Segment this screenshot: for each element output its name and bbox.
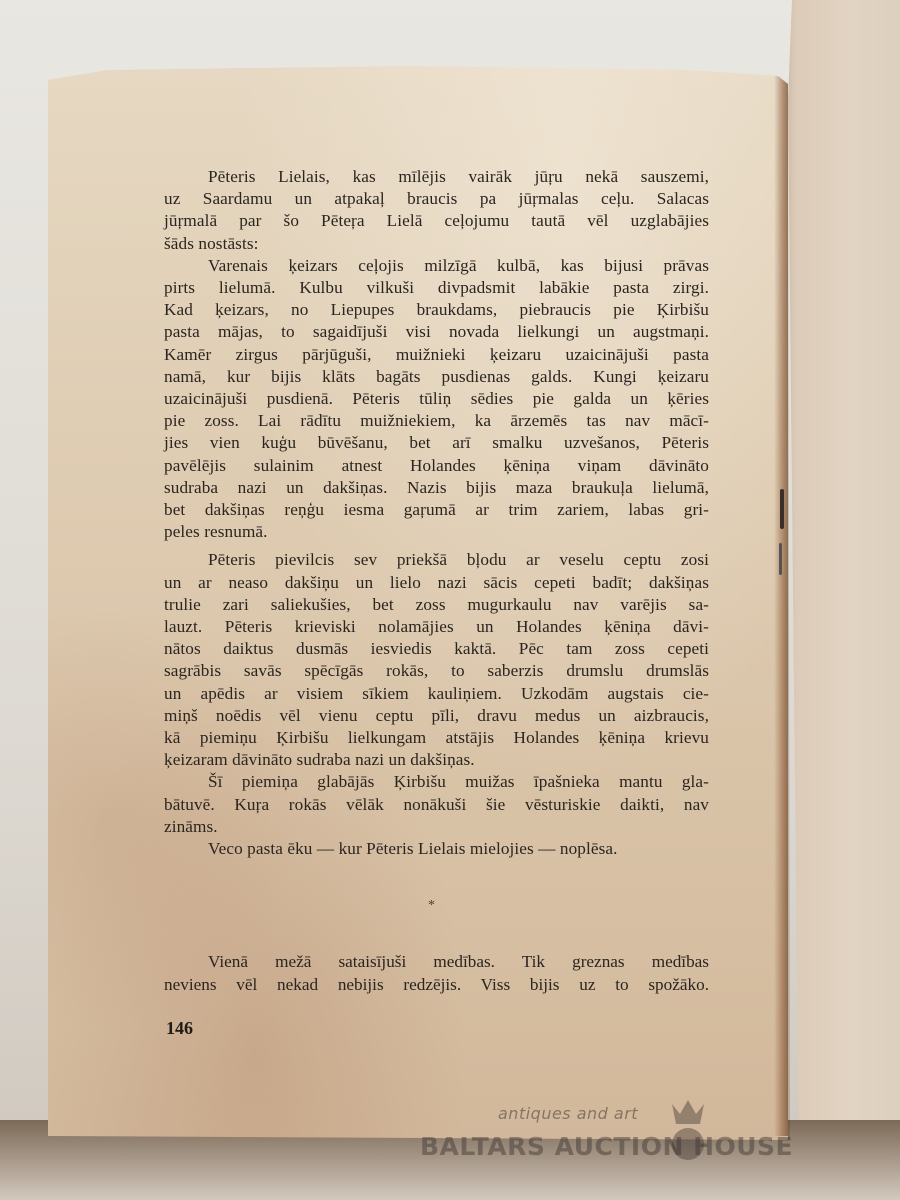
text-line: Šī piemiņa glabājās Ķirbišu muižas īpašn… bbox=[164, 771, 709, 793]
page-number: 146 bbox=[166, 1018, 193, 1039]
text-line: jūŗmalā par šo Pēteŗa Lielā ceļojumu tau… bbox=[164, 210, 709, 232]
paragraph: Pēteris Lielais, kas mīlējis vairāk jūŗu… bbox=[164, 166, 709, 255]
text-line: miņš noēdis vēl vienu ceptu pīli, dravu … bbox=[164, 705, 709, 727]
text-line: Varenais ķeizars ceļojis milzīgā kulbā, … bbox=[164, 255, 709, 277]
text-line: ķeizaram dāvināto sudraba nazi un dakšiņ… bbox=[164, 749, 709, 771]
section-separator: * bbox=[428, 898, 435, 914]
text-line: un apēdis ar visiem sīkiem kauliņiem. Uz… bbox=[164, 683, 709, 705]
text-line: pirts lielumā. Kulbu vilkuši divpadsmit … bbox=[164, 277, 709, 299]
text-line: uz Saardamu un atpakaļ braucis pa jūŗmal… bbox=[164, 188, 709, 210]
text-line: un ar neaso dakšiņu un lielo nazi sācis … bbox=[164, 572, 709, 594]
text-line: jies vien kuģu būvēšanu, bet arī smalku … bbox=[164, 432, 709, 454]
text-line: pavēlējis sulainim atnest Holandes ķēniņ… bbox=[164, 455, 709, 477]
text-line: bātuvē. Kuŗa rokās vēlāk nonākuši šie vē… bbox=[164, 794, 709, 816]
text-line: bet dakšiņas reņģu iesma gaŗumā ar trim … bbox=[164, 499, 709, 521]
text-line: šāds nostāsts: bbox=[164, 233, 709, 255]
binding-mark bbox=[780, 489, 784, 529]
text-line: kā piemiņu Ķirbišu lielkungam atstājis H… bbox=[164, 727, 709, 749]
text-line: trulie zari saliekušies, bet zoss mugurk… bbox=[164, 594, 709, 616]
text-line: peles resnumā. bbox=[164, 521, 709, 543]
text-line: nātos daiktus dusmās iesviedis kaktā. Pē… bbox=[164, 638, 709, 660]
text-line: namā, kur bijis klāts bagāts pusdienas g… bbox=[164, 366, 709, 388]
paragraph: Šī piemiņa glabājās Ķirbišu muižas īpašn… bbox=[164, 771, 709, 838]
paragraph: Vienā mežā sataisījuši medības. Tik grez… bbox=[164, 950, 709, 996]
text-line: zināms. bbox=[164, 816, 709, 838]
text-line: neviens vēl nekad nebijis redzējis. Viss… bbox=[164, 973, 709, 996]
text-line: sudraba nazi un dakšiņas. Nazis bijis ma… bbox=[164, 477, 709, 499]
paragraph: Veco pasta ēku — kur Pēteris Lielais mie… bbox=[164, 838, 709, 860]
paragraph: Pēteris pievilcis sev priekšā bļodu ar v… bbox=[164, 549, 709, 771]
text-line: Kad ķeizars, no Liepupes braukdams, pieb… bbox=[164, 299, 709, 321]
text-line: Pēteris pievilcis sev priekšā bļodu ar v… bbox=[164, 549, 709, 571]
text-line: Kamēr zirgus pārjūguši, muižnieki ķeizar… bbox=[164, 344, 709, 366]
text-line: sagrābis savās spēcīgās rokās, to saberz… bbox=[164, 660, 709, 682]
binding-mark bbox=[779, 543, 782, 575]
page-spine-edge bbox=[774, 76, 788, 1136]
text-line: uzaicinājuši pusdienā. Pēteris tūliņ sēd… bbox=[164, 388, 709, 410]
text-line: pasta mājas, to sagaidījuši visi novada … bbox=[164, 321, 709, 343]
text-line: Veco pasta ēku — kur Pēteris Lielais mie… bbox=[164, 838, 709, 860]
text-line: Vienā mežā sataisījuši medības. Tik grez… bbox=[164, 950, 709, 973]
text-line: lauzt. Pēteris krieviski nolamājies un H… bbox=[164, 616, 709, 638]
body-text: Pēteris Lielais, kas mīlējis vairāk jūŗu… bbox=[164, 166, 709, 860]
paragraph: Varenais ķeizars ceļojis milzīgā kulbā, … bbox=[164, 255, 709, 544]
text-line: pie zoss. Lai rādītu muižniekiem, ka ārz… bbox=[164, 410, 709, 432]
facing-page bbox=[782, 0, 900, 1200]
next-section-text: Vienā mežā sataisījuši medības. Tik grez… bbox=[164, 950, 709, 996]
text-line: Pēteris Lielais, kas mīlējis vairāk jūŗu… bbox=[164, 166, 709, 188]
